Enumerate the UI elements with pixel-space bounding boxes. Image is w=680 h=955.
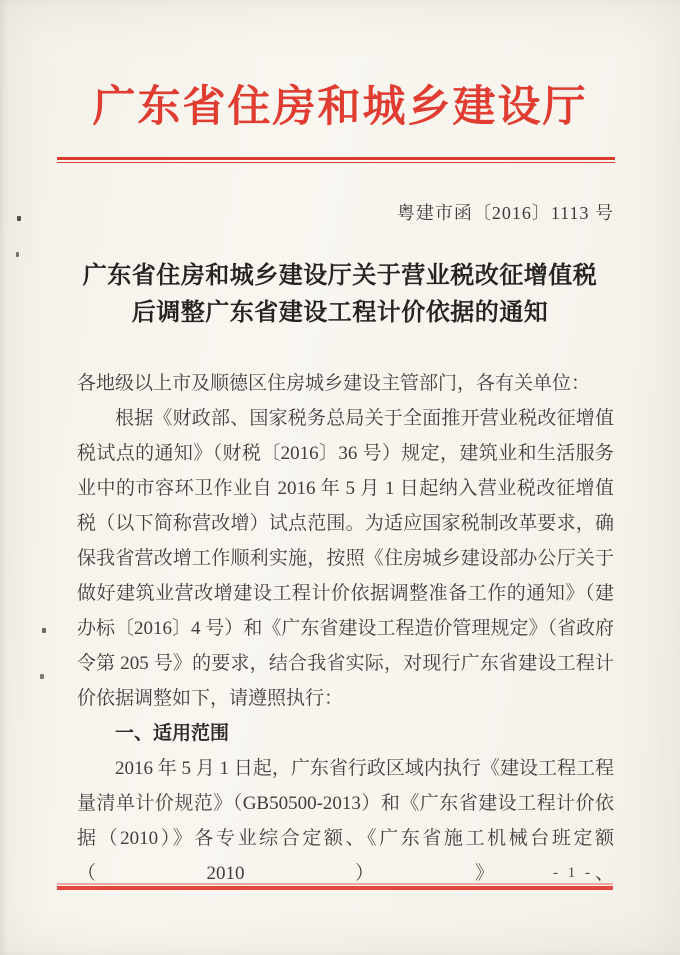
body-line: 办标〔2016〕4 号）和《广东省建设工程造价管理规定》（省政府: [77, 611, 614, 646]
org-header-title: 广东省住房和城乡建设厅: [0, 80, 680, 136]
body-line: 令第 205 号》的要求，结合我省实际，对现行广东省建设工程计: [77, 646, 614, 681]
doc-number: 粤建市函〔2016〕1113 号: [397, 199, 614, 225]
body-line: 2016 年 5 月 1 日起，广东省行政区域内执行《建设工程工程: [77, 751, 614, 786]
body-line: 业中的市容环卫作业自 2016 年 5 月 1 日起纳入营业税改征增值: [77, 471, 614, 506]
header-double-rule: [57, 157, 615, 163]
scan-speck: [40, 674, 44, 679]
body-line: 据（2010）》各专业综合定额、《广东省施工机械台班定额（2010）》、: [77, 821, 614, 856]
scan-speck: [42, 628, 46, 633]
scan-speck: [16, 252, 19, 257]
doc-title: 广东省住房和城乡建设厅关于营业税改征增值税 后调整广东省建设工程计价依据的通知: [0, 258, 680, 332]
doc-title-line1: 广东省住房和城乡建设厅关于营业税改征增值税: [0, 258, 680, 295]
body-line: 税试点的通知》（财税〔2016〕36 号）规定，建筑业和生活服务: [77, 436, 614, 471]
body-text: 各地级以上市及顺德区住房城乡建设主管部门，各有关单位： 根据《财政部、国家税务总…: [77, 366, 614, 856]
body-line: 量清单计价规范》（GB50500-2013）和《广东省建设工程计价依: [77, 786, 614, 821]
scanned-document-page: 广东省住房和城乡建设厅 粤建市函〔2016〕1113 号 广东省住房和城乡建设厅…: [0, 0, 680, 955]
page-number: - 1 -: [553, 865, 593, 882]
body-line-salutation: 各地级以上市及顺德区住房城乡建设主管部门，各有关单位：: [77, 366, 614, 401]
body-line: 税（以下简称营改增）试点范围。为适应国家税制改革要求，确: [77, 506, 614, 541]
body-line: 做好建筑业营改增建设工程计价依据调整准备工作的通知》（建: [77, 576, 614, 611]
body-line: 保我省营改增工作顺利实施，按照《住房城乡建设部办公厅关于: [77, 541, 614, 576]
scan-speck: [17, 216, 21, 221]
body-line: 价依据调整如下，请遵照执行：: [77, 681, 614, 716]
body-line: 根据《财政部、国家税务总局关于全面推开营业税改征增值: [77, 401, 614, 436]
section-heading-scope: 一、适用范围: [77, 716, 614, 751]
footer-rule-thick: [57, 886, 613, 890]
doc-title-line2: 后调整广东省建设工程计价依据的通知: [0, 295, 680, 332]
footer-rule-thin: [57, 883, 613, 885]
